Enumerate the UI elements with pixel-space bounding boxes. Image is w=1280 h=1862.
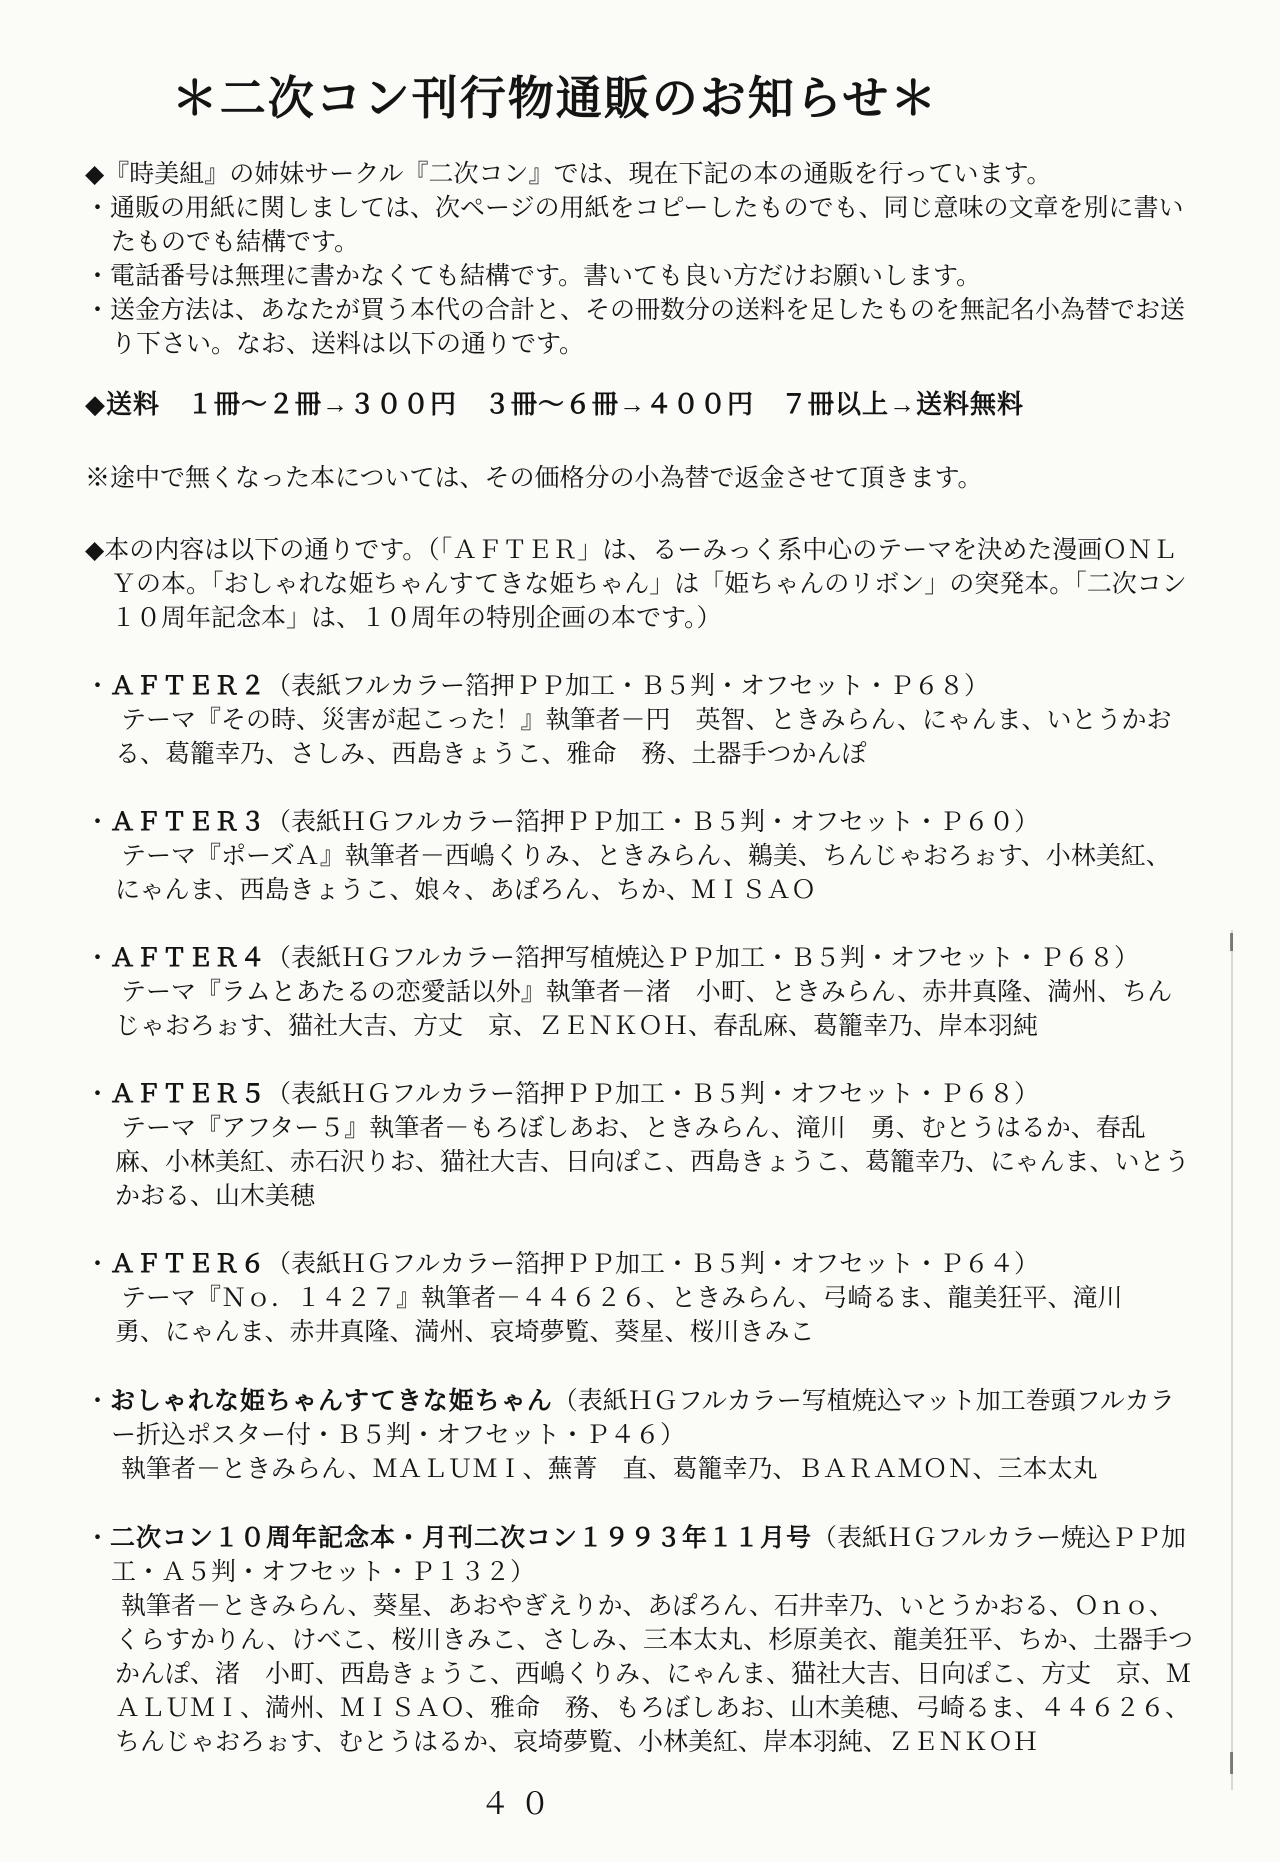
intro-bullet-order-form: ・通販の用紙に関しましては、次ページの用紙をコピーしたものでも、同じ意味の文章を… [85, 192, 1195, 260]
book-entry-after2: ・ＡＦＴＥＲ２（表紙フルカラー箔押ＰＰ加工・Ｂ５判・オフセット・Ｐ６８） テーマ… [85, 670, 1195, 772]
scan-artifact-dash [1230, 1752, 1233, 1774]
scanned-document-page: ＊二次コン刊行物通販のお知らせ＊ ◆『時美組』の姉妹サークル『二次コン』では、現… [0, 0, 1280, 1862]
intro-bullet-phone: ・電話番号は無理に書かなくても結構です。書いても良い方だけお願いします。 [85, 260, 1195, 294]
bullet-marker: ・ [85, 945, 110, 972]
book-entry-after4: ・ＡＦＴＥＲ４（表紙ＨＧフルカラー箔押写植焼込ＰＰ加工・Ｂ５判・オフセット・Ｐ６… [85, 942, 1195, 1044]
book-title: ＡＦＴＥＲ６ [110, 1251, 266, 1278]
book-title-line: ・ＡＦＴＥＲ６（表紙ＨＧフルカラー箔押ＰＰ加工・Ｂ５判・オフセット・Ｐ６４） [85, 1248, 1195, 1282]
refund-note: ※途中で無くなった本については、その価格分の小為替で返金させて頂きます。 [85, 462, 1195, 496]
scan-artifact-speck [495, 1027, 499, 1031]
book-entry-himechan: ・おしゃれな姫ちゃんすてきな姫ちゃん（表紙ＨＧフルカラー写植焼込マット加工巻頭フ… [85, 1384, 1195, 1487]
book-entry-after5: ・ＡＦＴＥＲ５（表紙ＨＧフルカラー箔押ＰＰ加工・Ｂ５判・オフセット・Ｐ６８） テ… [85, 1078, 1195, 1214]
book-title-line: ・おしゃれな姫ちゃんすてきな姫ちゃん（表紙ＨＧフルカラー写植焼込マット加工巻頭フ… [85, 1384, 1195, 1453]
book-spec: （表紙ＨＧフルカラー箔押写植焼込ＰＰ加工・Ｂ５判・オフセット・Ｐ６８） [266, 945, 1139, 972]
book-title-line: ・二次コン１０周年記念本・月刊二次コン１９９３年１１月号（表紙ＨＧフルカラー焼込… [85, 1521, 1195, 1590]
bullet-marker: ・ [85, 1081, 110, 1108]
book-authors: 執筆者－ときみらん、ＭＡＬＵＭＩ、蕪菁 直、葛籠幸乃、ＢＡＲＡＭＯＮ、三本太丸 [85, 1453, 1195, 1487]
book-title: ＡＦＴＥＲ３ [110, 809, 266, 836]
book-title: ＡＦＴＥＲ４ [110, 945, 266, 972]
intro-section: ◆『時美組』の姉妹サークル『二次コン』では、現在下記の本の通販を行っています。 … [85, 158, 1195, 362]
book-entry-after3: ・ＡＦＴＥＲ３（表紙ＨＧフルカラー箔押ＰＰ加工・Ｂ５判・オフセット・Ｐ６０） テ… [85, 806, 1195, 908]
scan-artifact-dash [1230, 933, 1233, 951]
book-authors: テーマ『ラムとあたるの恋愛話以外』執筆者－渚 小町、ときみらん、赤井真隆、満州、… [85, 976, 1195, 1044]
book-spec: （表紙ＨＧフルカラー箔押ＰＰ加工・Ｂ５判・オフセット・Ｐ６４） [266, 1251, 1039, 1278]
bullet-marker: ・ [85, 1388, 110, 1415]
book-title-line: ・ＡＦＴＥＲ５（表紙ＨＧフルカラー箔押ＰＰ加工・Ｂ５判・オフセット・Ｐ６８） [85, 1078, 1195, 1112]
book-title-line: ・ＡＦＴＥＲ４（表紙ＨＧフルカラー箔押写植焼込ＰＰ加工・Ｂ５判・オフセット・Ｐ６… [85, 942, 1195, 976]
book-authors: テーマ『Ｎｏ．１４２７』執筆者－４４６２６、ときみらん、弓崎るま、龍美狂平、滝川… [85, 1282, 1195, 1350]
book-entry-after6: ・ＡＦＴＥＲ６（表紙ＨＧフルカラー箔押ＰＰ加工・Ｂ５判・オフセット・Ｐ６４） テ… [85, 1248, 1195, 1350]
bullet-marker: ・ [85, 673, 110, 700]
book-spec: （表紙ＨＧフルカラー箔押ＰＰ加工・Ｂ５判・オフセット・Ｐ６０） [266, 809, 1039, 836]
book-title-line: ・ＡＦＴＥＲ２（表紙フルカラー箔押ＰＰ加工・Ｂ５判・オフセット・Ｐ６８） [85, 670, 1195, 704]
intro-lead: ◆『時美組』の姉妹サークル『二次コン』では、現在下記の本の通販を行っています。 [85, 158, 1195, 192]
bullet-marker: ・ [85, 1251, 110, 1278]
book-spec: （表紙ＨＧフルカラー箔押ＰＰ加工・Ｂ５判・オフセット・Ｐ６８） [266, 1081, 1039, 1108]
book-authors: テーマ『アフター５』執筆者－もろぼしあお、ときみらん、滝川 勇、むとうはるか、春… [85, 1112, 1195, 1214]
book-title-line: ・ＡＦＴＥＲ３（表紙ＨＧフルカラー箔押ＰＰ加工・Ｂ５判・オフセット・Ｐ６０） [85, 806, 1195, 840]
page-title: ＊二次コン刊行物通販のお知らせ＊ [85, 68, 1195, 130]
book-title: おしゃれな姫ちゃんすてきな姫ちゃん [110, 1387, 553, 1415]
page-number: ４０ [85, 1788, 1195, 1822]
book-title: 二次コン１０周年記念本・月刊二次コン１９９３年１１月号 [110, 1524, 812, 1552]
book-authors: テーマ『その時、災害が起こった！』執筆者－円 英智、ときみらん、にゃんま、いとう… [85, 704, 1195, 772]
bullet-marker: ・ [85, 809, 110, 836]
book-entry-10th-anniversary: ・二次コン１０周年記念本・月刊二次コン１９９３年１１月号（表紙ＨＧフルカラー焼込… [85, 1521, 1195, 1760]
shipping-rates-line: ◆送料 １冊～２冊→３００円 ３冊～６冊→４００円 ７冊以上→送料無料 [85, 388, 1195, 422]
book-spec: （表紙フルカラー箔押ＰＰ加工・Ｂ５判・オフセット・Ｐ６８） [266, 673, 989, 700]
book-authors: テーマ『ポーズＡ』執筆者－西嶋くりみ、ときみらん、鵜美、ちんじゃおろぉす、小林美… [85, 840, 1195, 908]
intro-bullet-payment: ・送金方法は、あなたが買う本代の合計と、その冊数分の送料を足したものを無記名小為… [85, 294, 1195, 362]
contents-intro: ◆本の内容は以下の通りです。（「ＡＦＴＥＲ」は、るーみっく系中心のテーマを決めた… [85, 534, 1195, 636]
book-title: ＡＦＴＥＲ２ [110, 673, 266, 700]
book-title: ＡＦＴＥＲ５ [110, 1081, 266, 1108]
book-authors: 執筆者－ときみらん、葵星、あおやぎえりか、あぽろん、石井幸乃、いとうかおる、Ｏｎ… [85, 1590, 1195, 1760]
bullet-marker: ・ [85, 1525, 110, 1552]
scan-artifact-line [1231, 930, 1233, 1790]
